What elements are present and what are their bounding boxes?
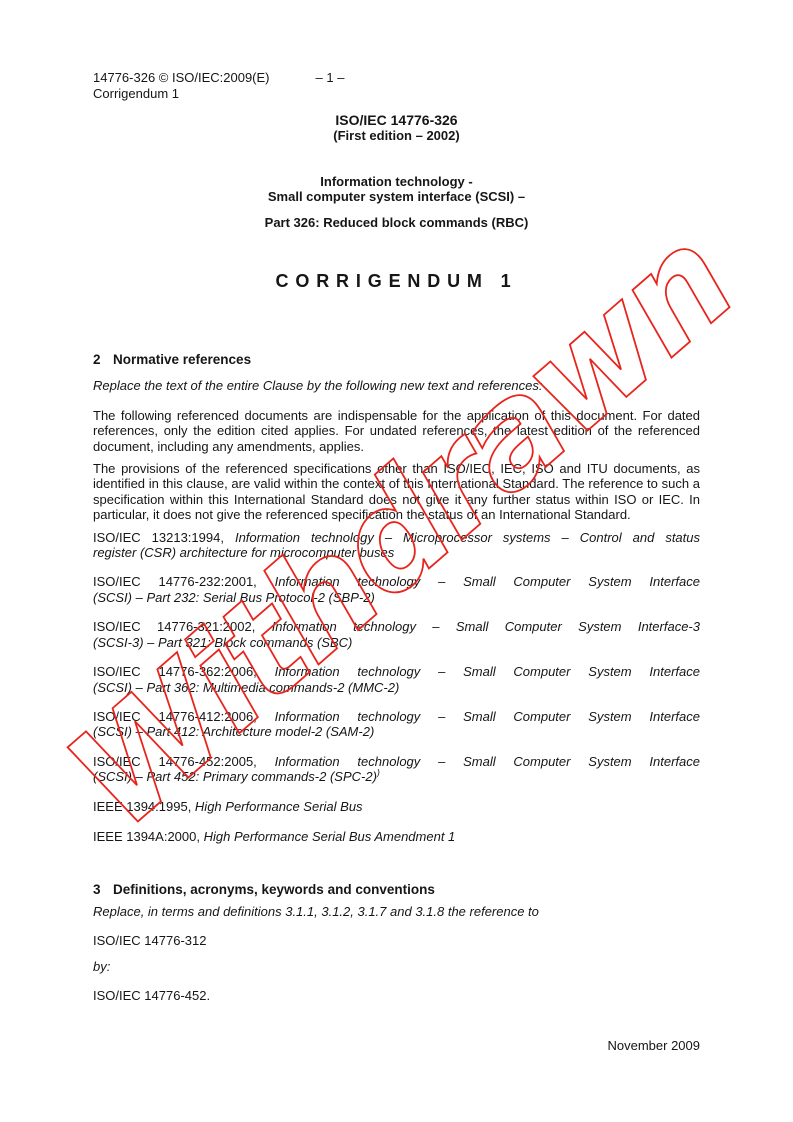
reference-title-part: High Performance Serial Bus [195,799,363,814]
edit-instruction: Replace the text of the entire Clause by… [93,378,700,393]
reference-designation: ISO/IEC 14776-321:2002, [93,619,272,634]
reference-title-part: Information technology – Small Computer … [275,664,700,679]
reference-designation: IEEE 1394A:2000, [93,829,204,844]
reference-entry: ISO/IEC 14776-232:2001, Information tech… [93,574,700,605]
reference-title-part: Information technology – Small Computer … [275,709,700,724]
reference-designation: ISO/IEC 13213:1994, [93,530,235,545]
reference-designation: IEEE 1394:1995, [93,799,195,814]
document-title: Information technology - Small computer … [93,174,700,204]
document-body: 2Normative referencesReplace the text of… [93,352,700,1013]
reference-footnote-mark: ) [377,768,380,778]
reference-line-2: register (CSR) architecture for microcom… [93,545,700,560]
reference-title-part: High Performance Serial Bus Amendment 1 [204,829,456,844]
part-title: Part 326: Reduced block commands (RBC) [93,215,700,230]
edit-instruction: by: [93,959,700,974]
reference-entry: ISO/IEC 13213:1994, Information technolo… [93,530,700,561]
reference-line-1: ISO/IEC 14776-321:2002, Information tech… [93,619,700,634]
body-paragraph: The following referenced documents are i… [93,408,700,454]
corrigendum-heading: CORRIGENDUM 1 [93,271,700,292]
reference-line-1: ISO/IEC 14776-362:2006, Information tech… [93,664,700,679]
reference-entry: ISO/IEC 14776-321:2002, Information tech… [93,619,700,650]
edit-instruction: Replace, in terms and definitions 3.1.1,… [93,904,700,919]
header-doc-ref-line1: 14776-326 © ISO/IEC:2009(E) [93,70,270,86]
reference-entry: IEEE 1394:1995, High Performance Serial … [93,799,700,814]
header-document-reference: 14776-326 © ISO/IEC:2009(E) Corrigendum … [93,70,270,102]
reference-line-2: (SCSI) – Part 232: Serial Bus Protocol-2… [93,590,700,605]
page-number: – 1 – [270,70,390,85]
section-heading: 2Normative references [93,352,700,367]
standard-edition: (First edition – 2002) [93,128,700,143]
header-doc-ref-line2: Corrigendum 1 [93,86,270,102]
reference-line-2: (SCSI) – Part 362: Multimedia commands-2… [93,680,700,695]
reference-designation: ISO/IEC 14776-412:2006, [93,709,275,724]
reference-line-2: (SCSI) – Part 412: Architecture model-2 … [93,724,700,739]
reference-line-1: ISO/IEC 14776-412:2006, Information tech… [93,709,700,724]
section-number: 2 [93,352,113,367]
reference-designation: ISO/IEC 14776-362:2006, [93,664,275,679]
reference-designation: ISO/IEC 14776-452:2005, [93,754,275,769]
section-number: 3 [93,882,113,897]
standard-id: ISO/IEC 14776-326 [93,112,700,128]
body-paragraph: The provisions of the referenced specifi… [93,461,700,523]
reference-title-part: Information technology – Small Computer … [275,574,700,589]
document-title-line1: Information technology - [93,174,700,189]
reference-designation: ISO/IEC 14776-232:2001, [93,574,275,589]
reference-text-line: ISO/IEC 14776-452. [93,988,700,1003]
section-title: Definitions, acronyms, keywords and conv… [113,882,435,897]
footer-date: November 2009 [608,1038,701,1053]
reference-title-part: Information technology – Small Computer … [275,754,700,769]
reference-entry: ISO/IEC 14776-452:2005, Information tech… [93,754,700,785]
document-page: 14776-326 © ISO/IEC:2009(E) Corrigendum … [0,0,793,1122]
reference-entry: ISO/IEC 14776-412:2006, Information tech… [93,709,700,740]
reference-text-line: ISO/IEC 14776-312 [93,933,700,948]
reference-title-part: Information technology – Microprocessor … [235,530,700,545]
reference-entry: ISO/IEC 14776-362:2006, Information tech… [93,664,700,695]
document-title-line2: Small computer system interface (SCSI) – [93,189,700,204]
section-heading: 3Definitions, acronyms, keywords and con… [93,882,700,897]
reference-title-part: Information technology – Small Computer … [272,619,700,634]
reference-line-1: ISO/IEC 14776-232:2001, Information tech… [93,574,700,589]
section-title: Normative references [113,352,251,367]
reference-entry: IEEE 1394A:2000, High Performance Serial… [93,829,700,844]
reference-line-1: ISO/IEC 13213:1994, Information technolo… [93,530,700,545]
reference-line-1: ISO/IEC 14776-452:2005, Information tech… [93,754,700,769]
reference-line-2: (SCSI-3) – Part 321: Block commands (SBC… [93,635,700,650]
reference-line-2: (SCSI) – Part 452: Primary commands-2 (S… [93,769,700,784]
